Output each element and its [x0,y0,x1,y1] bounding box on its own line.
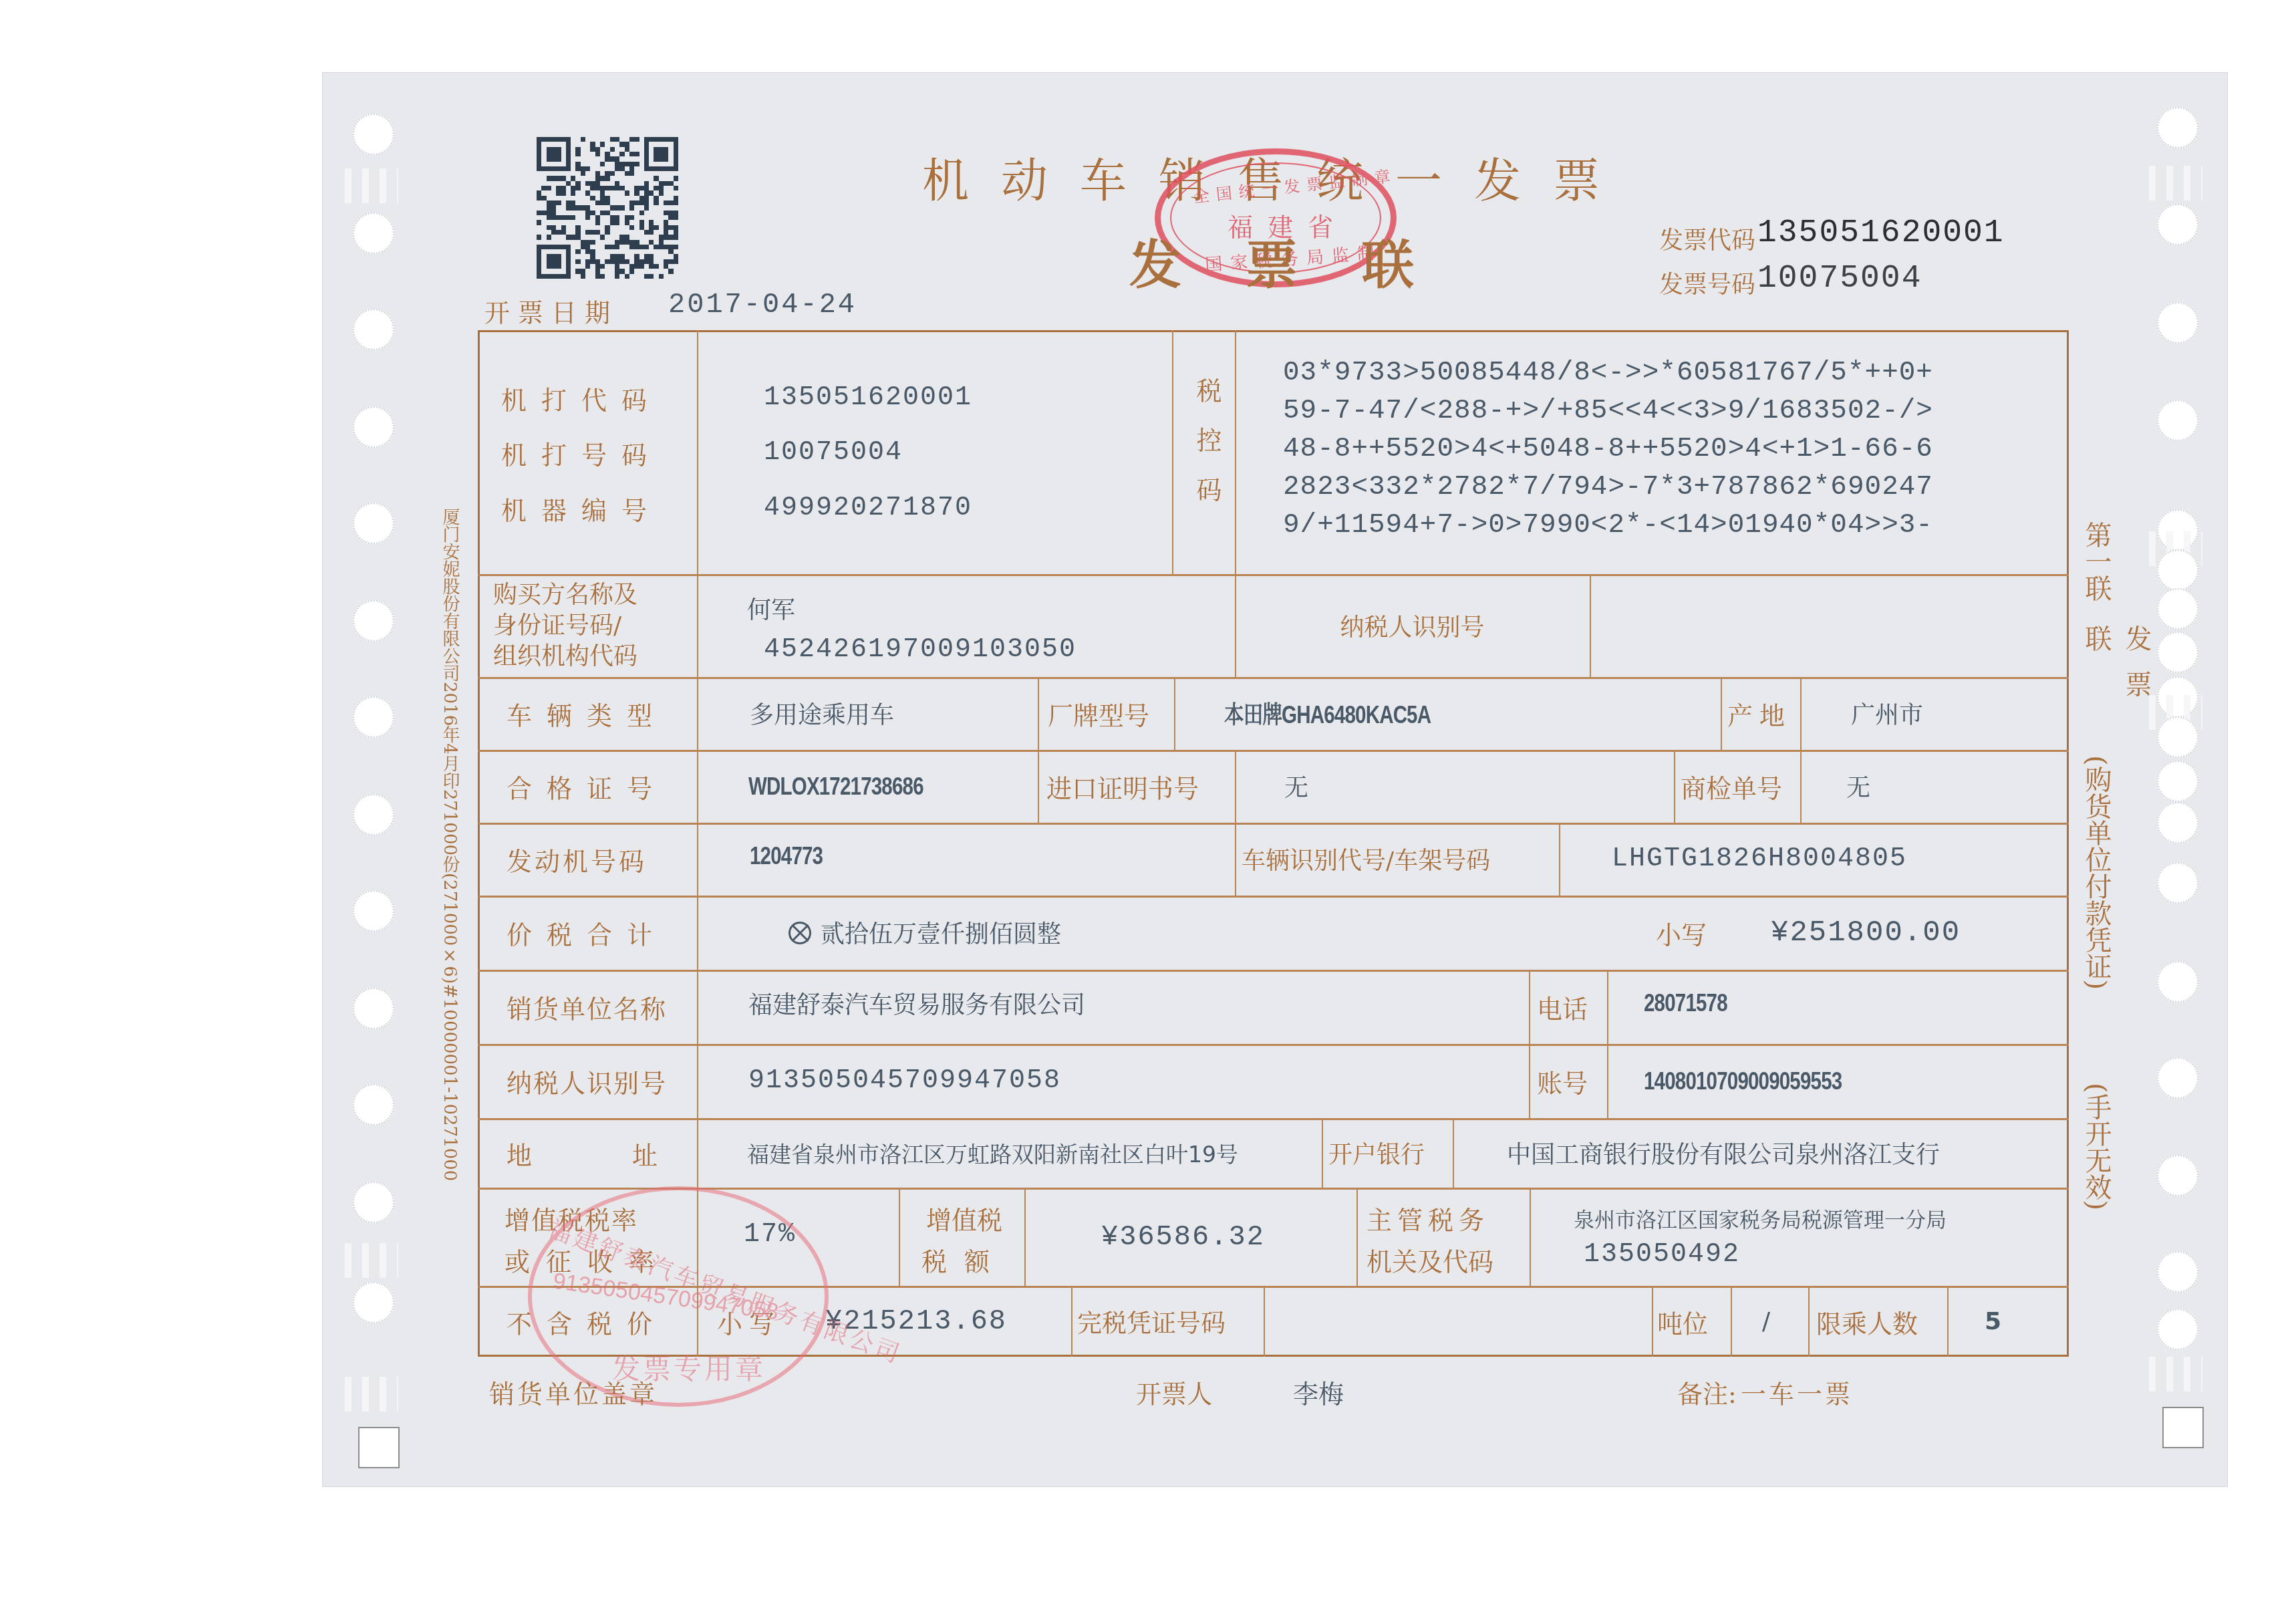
seller-phone: 28071578 [1644,970,1727,1037]
slot [2149,1357,2202,1391]
hole [2157,716,2198,758]
tax-authority-code: 135050492 [1584,1240,1740,1270]
square-hole [358,1427,400,1468]
tax-paid-cert-label: 完税凭证号码 [1077,1286,1226,1357]
invoice-number: 10075004 [1757,261,1922,297]
hole [353,600,394,642]
inspection-label: 商检单号 [1681,750,1782,823]
bank-label: 开户银行 [1328,1118,1425,1188]
hole [2157,761,2198,802]
engine-label: 发动机号码 [507,823,647,896]
seller-seal-label: 销货单位盖章 [489,1373,658,1410]
slot [2149,166,2202,200]
phone-label: 电话 [1537,970,1588,1044]
machine-number-label: 机打号码 [501,436,662,469]
buyer-name: 何军 [747,591,795,626]
tonnage: / [1762,1286,1770,1357]
device-number: 499920271870 [764,491,972,525]
certificate-label: 合格证号 [507,750,667,823]
total-lowercase: ¥251800.00 [1771,896,1961,970]
hole [353,890,394,932]
slot [345,1377,398,1412]
remarks-label: 备注: [1677,1373,1737,1410]
hole [353,1182,394,1223]
passenger-capacity: 5 [1985,1286,2001,1357]
vat-amount-label: 增值税税额 [914,1200,1014,1283]
remarks: 一车一票 [1741,1373,1853,1410]
issuer-label: 开票人 [1136,1373,1212,1410]
issue-date-label: 开票日期 [484,292,618,329]
inspection-number: 无 [1846,750,1870,823]
vin-label: 车辆识别代号/车架号码 [1242,823,1490,896]
hole [2157,862,2198,904]
tonnage-label: 吨位 [1657,1286,1708,1357]
seller-name: 福建舒泰汽车贸易服务有限公司 [748,970,1085,1037]
engine-number: 1204773 [750,823,823,890]
vin: LHGTG1826H8004805 [1612,823,1907,896]
total-lowercase-label: 小写 [1656,896,1707,970]
issuer-name: 李梅 [1293,1373,1344,1410]
square-hole [2162,1407,2204,1448]
passengers-label: 限乘人数 [1816,1286,1918,1357]
hole [2157,588,2198,630]
origin: 广州市 [1851,677,1923,750]
origin-label: 产地 [1727,677,1791,750]
hole [2157,302,2198,344]
copy-side-label: 第一联 发票联 (购货单位付款凭证) (手开无效) [2076,521,2116,1243]
machine-number: 10075004 [764,436,903,469]
total-label: 价税合计 [507,896,667,970]
seller-bank: 中国工商银行股份有限公司泉州洛江支行 [1507,1118,1940,1188]
hole [353,503,394,544]
copy-title: 发票联 [1129,224,1478,299]
hole [353,1084,394,1125]
hole [2157,1155,2198,1196]
model-label: 厂牌型号 [1048,677,1149,750]
buyer-taxpayer-id-label: 纳税人识别号 [1235,575,1590,677]
seller-taxpayer-id-label: 纳税人识别号 [507,1044,667,1118]
invoice-code: 135051620001 [1757,215,2005,251]
hole [2157,107,2198,148]
account-label: 账号 [1537,1044,1588,1118]
hole [353,794,394,835]
hole [2157,802,2198,843]
hole [353,1282,394,1323]
seller-address: 福建省泉州市洛江区万虹路双阳新南社区白叶19号 [747,1118,1238,1188]
vehicle-type-label: 车辆类型 [507,677,667,750]
certificate-number: WDLOX1721738686 [748,750,923,823]
qr-code-icon [537,137,678,279]
printer-info: 厦门安妮股份有限公司2016年4月印271000份(271000×6)#1000… [438,508,462,1181]
machine-code-label: 机打代码 [501,381,662,414]
import-cert: 无 [1284,750,1308,823]
tax-control-label: 税控码 [1189,378,1226,526]
hole [2157,1251,2198,1293]
copy-purpose: (购货单位付款凭证) [2076,755,2116,1036]
seller-account: 1408010709009059553 [1644,1044,1842,1118]
buyer-id-number: 452426197009103050 [764,635,1077,665]
hole [353,213,394,254]
vehicle-model: 本田牌GHA6480KAC5A [1224,677,1431,750]
hole [2157,400,2198,441]
device-number-label: 机器编号 [501,491,662,525]
hole [353,309,394,350]
hole [353,406,394,448]
slot [345,1243,398,1278]
hole [2157,632,2198,673]
copy-number: 第一联 [2076,521,2116,618]
seller-taxpayer-id: 913505045709947058 [748,1044,1061,1118]
handwritten-invalid-note: (手开无效) [2076,1083,2116,1243]
address-label: 地址 [507,1118,758,1188]
total-uppercase-row: 贰拾伍万壹仟捌佰圆整 [788,896,1061,970]
machine-code: 135051620001 [764,381,972,414]
hole [2157,204,2198,245]
copy-type: 发票联 [2076,625,2156,755]
invoice-number-label: 发票号码 [1659,266,1755,300]
cross-circle-icon [788,922,811,944]
hole [353,696,394,738]
issue-date: 2017-04-24 [668,289,857,321]
vehicle-type: 多用途乘用车 [750,677,894,750]
invoice-code-label: 发票代码 [1659,222,1755,256]
hole [2157,961,2198,1002]
tax-authority-label: 主管税务机关及代码 [1367,1200,1493,1283]
buyer-label: 购买方名称及身份证号码/组织机构代码 [493,580,637,672]
tax-authority-name: 泉州市洛江区国家税务局税源管理一分局 [1574,1203,1947,1233]
vat-amount: ¥36586.32 [1101,1188,1265,1286]
hole [353,988,394,1029]
hole [353,114,394,155]
slot [345,168,398,203]
hole [2157,549,2198,591]
hole [2157,1057,2198,1099]
tax-control-code: 03*9733>50085448/8<->>*60581767/5*++0+59… [1283,354,1933,545]
total-uppercase: 贰拾伍万壹仟捌佰圆整 [821,916,1061,950]
hole [2157,1309,2198,1350]
seller-name-label: 销货单位名称 [507,970,667,1044]
import-cert-label: 进口证明书号 [1046,750,1199,823]
